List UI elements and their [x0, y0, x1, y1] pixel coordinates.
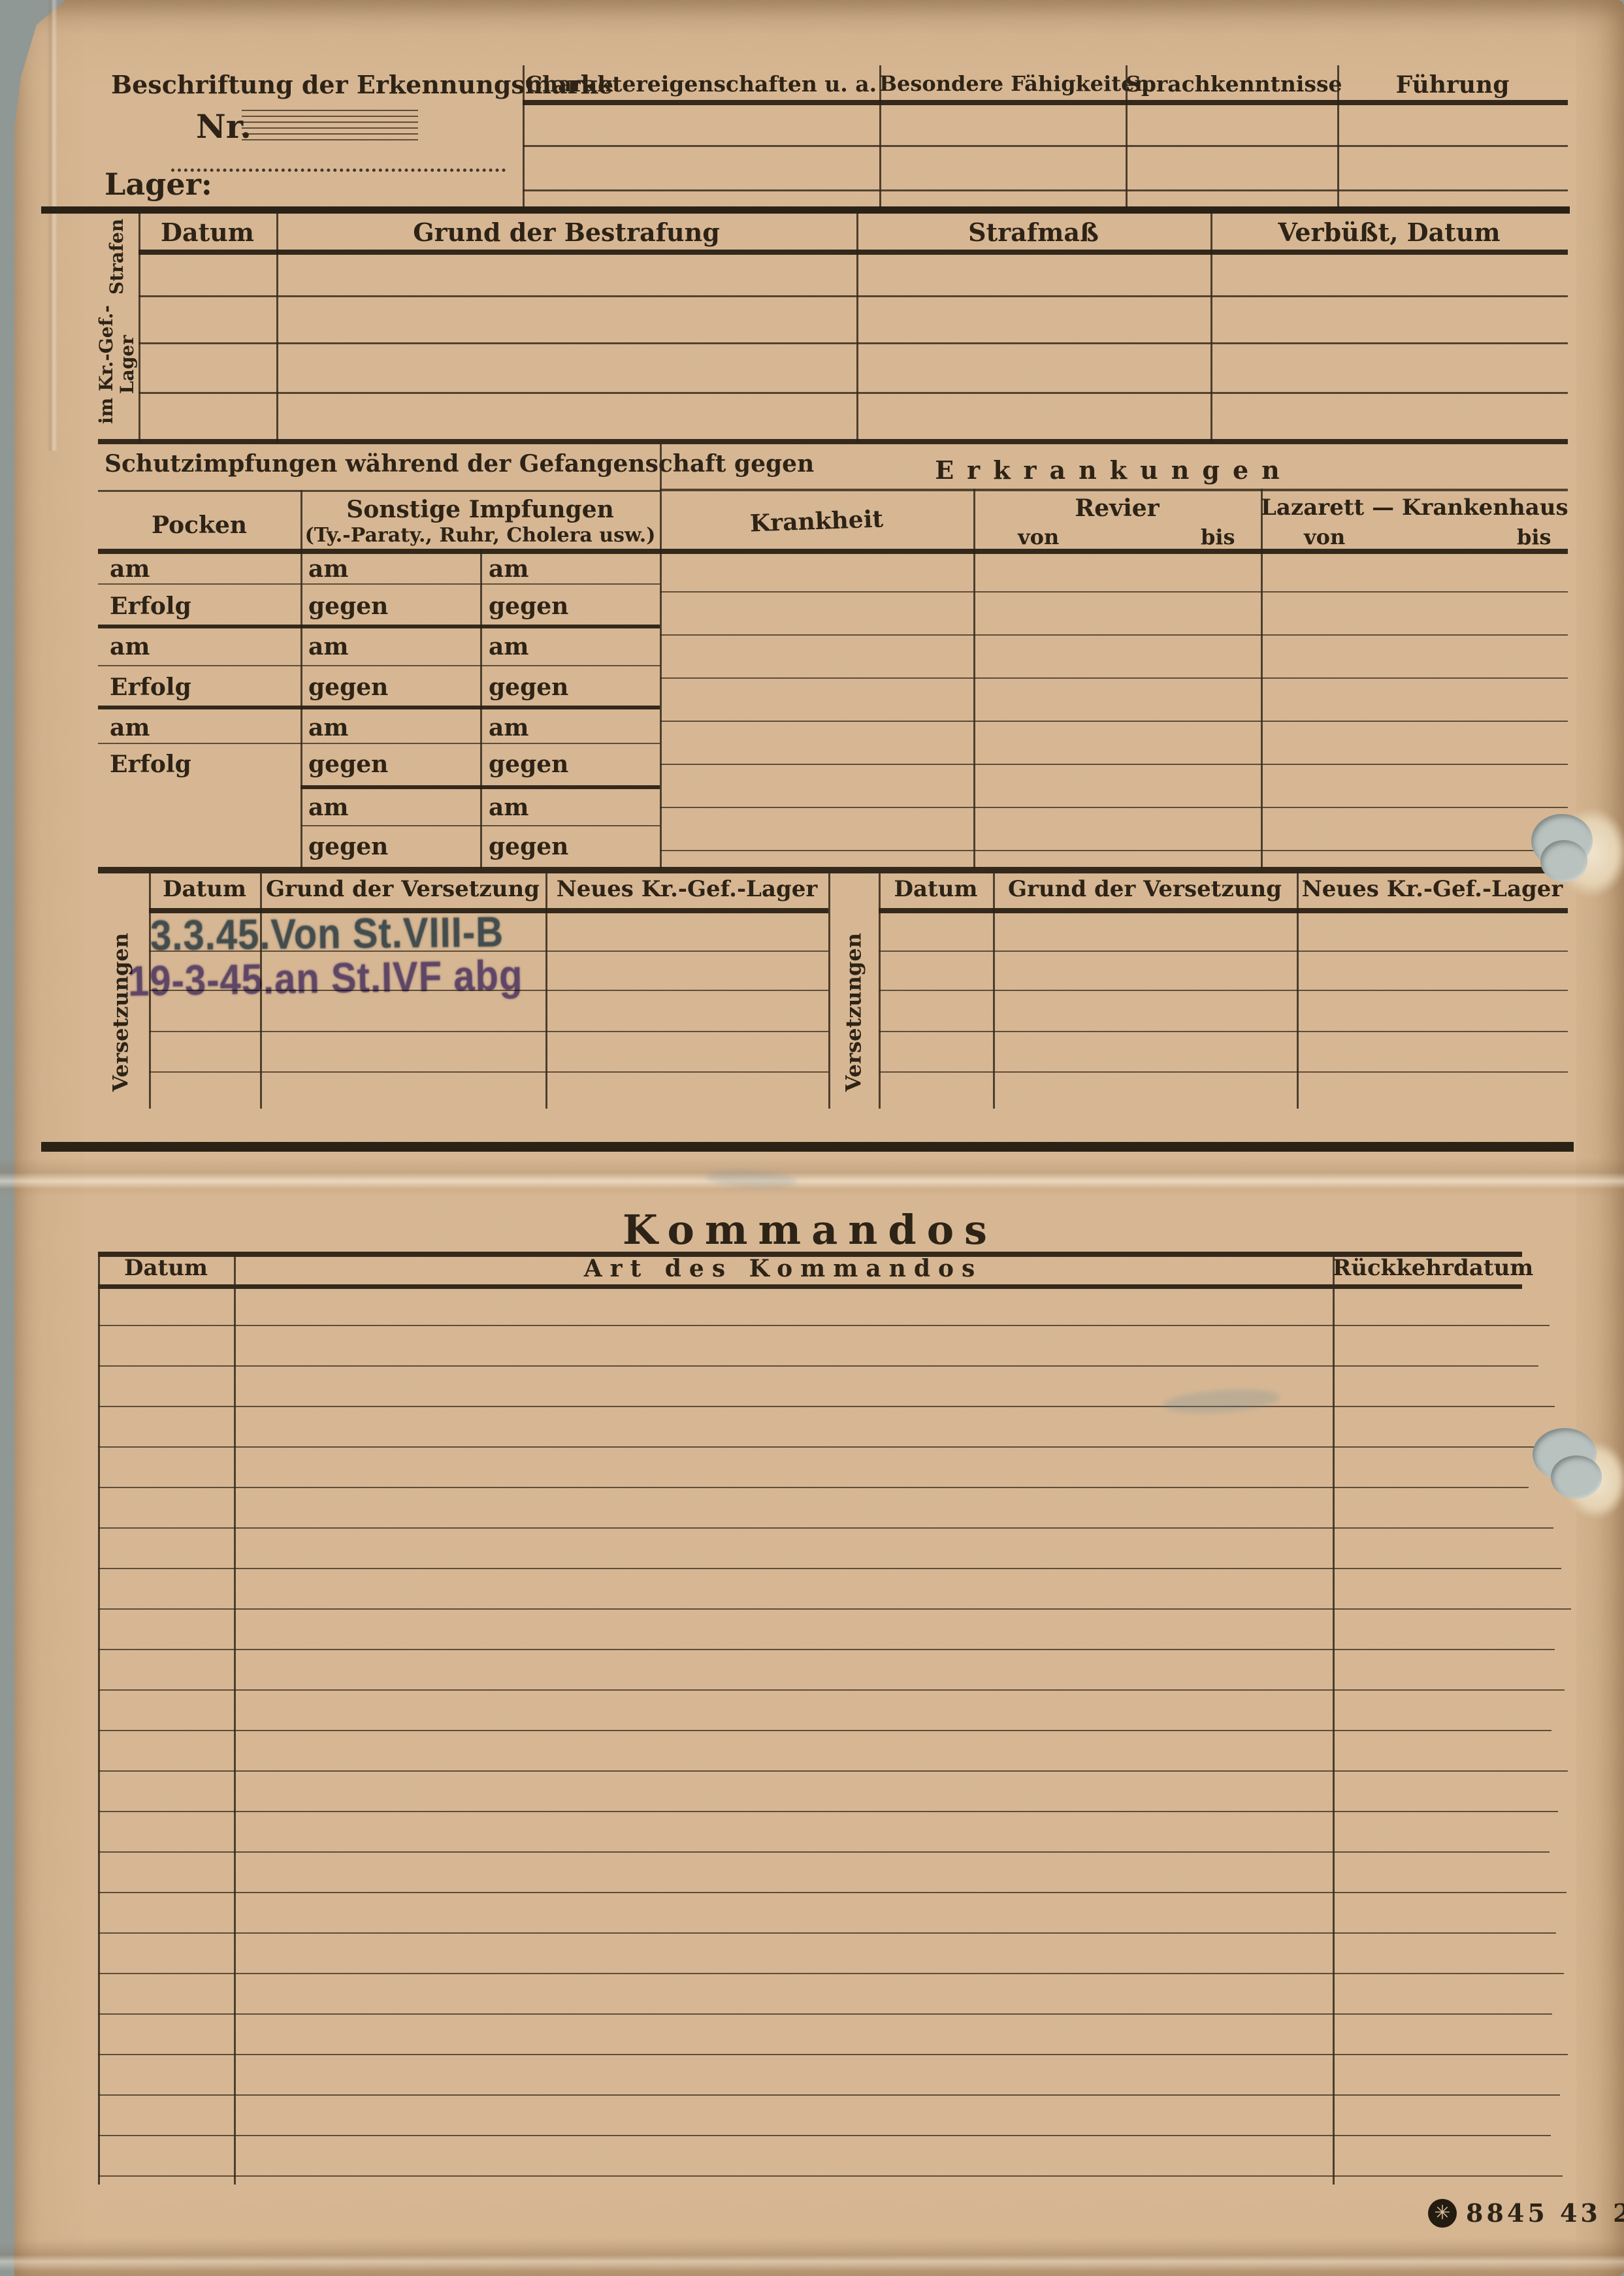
- section-rule: [98, 867, 1568, 873]
- vaccination-block-rule: [98, 625, 660, 628]
- vaccination-header-rule: [98, 549, 1568, 554]
- table-border: [138, 214, 140, 442]
- gegen-label: gegen: [308, 753, 388, 777]
- hole-opening: [1551, 1455, 1602, 1499]
- traits-row-rule: [523, 189, 1568, 191]
- illness-row-rule: [660, 721, 1568, 722]
- illness-row-rule: [660, 634, 1568, 636]
- transfer-stamp-line2: 19-3-45.an St.IVF abg: [127, 951, 523, 1006]
- transfers-col-grund: Grund der Versetzung: [260, 878, 545, 902]
- punishments-row-rule: [138, 392, 1568, 394]
- am-label: am: [489, 716, 528, 741]
- revier-bis-label: bis: [1201, 527, 1235, 549]
- am-label: am: [308, 796, 348, 821]
- punishments-side-label: im Kr.-Gef.-Lager Strafen: [95, 219, 138, 434]
- kommandos-row-rule: [98, 1527, 1553, 1529]
- transfers-row-rule: [879, 1071, 1568, 1073]
- kommandos-row-rule: [98, 1325, 1550, 1326]
- traits-col-header: Führung: [1337, 73, 1568, 98]
- hole-punch: [1527, 809, 1624, 900]
- punishments-col-verbuesst: Verbüßt, Datum: [1210, 219, 1568, 246]
- gegen-label: gegen: [308, 594, 388, 619]
- traits-row-rule: [523, 145, 1568, 147]
- gegen-label: gegen: [489, 753, 568, 777]
- table-border: [98, 1252, 100, 2185]
- traits-col-header: Charaktereigenschaften u. a.: [523, 73, 879, 96]
- nr-rule: [242, 110, 418, 111]
- am-label: am: [489, 635, 528, 660]
- column-divider: [276, 214, 278, 442]
- am-label: am: [110, 716, 150, 741]
- nr-rule: [242, 116, 418, 117]
- traits-col-header: Sprachkenntnisse: [1126, 73, 1337, 96]
- erfolg-label: Erfolg: [110, 675, 191, 700]
- transfers-col-datum: Datum: [879, 878, 993, 902]
- am-label: am: [110, 557, 150, 582]
- vaccination-row-rule: [300, 825, 660, 826]
- am-label: am: [308, 716, 348, 741]
- hole-opening: [1540, 840, 1587, 882]
- hole-punch: [1531, 1423, 1624, 1524]
- transfers-row-rule: [879, 990, 1568, 991]
- erfolg-label: Erfolg: [110, 594, 191, 619]
- subsection-rule: [660, 489, 1568, 491]
- punishments-row-rule: [138, 295, 1568, 297]
- punishments-header-rule: [138, 250, 1568, 255]
- transfers-side-label-right: Versetzungen: [831, 911, 877, 1114]
- traits-col-header: Besondere Fähigkeiten: [879, 73, 1126, 95]
- lazarett-von-label: von: [1304, 527, 1345, 549]
- traits-header-rule: [523, 100, 1568, 105]
- section-rule: [41, 206, 1570, 214]
- lager-fill-line: [171, 169, 506, 172]
- kommandos-row-rule: [98, 1649, 1555, 1650]
- kommandos-row-rule: [98, 2094, 1560, 2096]
- section-rule: [98, 439, 1568, 444]
- erfolg-label: Erfolg: [110, 753, 191, 777]
- kommandos-row-rule: [98, 1446, 1535, 1448]
- kommandos-row-rule: [98, 1568, 1561, 1569]
- kommandos-row-rule: [98, 1811, 1558, 1812]
- kommandos-row-rule: [98, 1892, 1567, 1893]
- paper-sheet: [14, 0, 1624, 2276]
- vaccinations-title: Schutzimpfungen während der Gefangenscha…: [105, 452, 660, 477]
- column-divider: [973, 489, 975, 869]
- kommandos-row-rule: [98, 1973, 1564, 1974]
- lazarett-header: Lazarett — Krankenhaus: [1261, 496, 1568, 520]
- kommandos-row-rule: [98, 1770, 1568, 1772]
- sonstige-header-line1: Sonstige Impfungen: [300, 498, 660, 523]
- nr-rule: [242, 139, 418, 140]
- gegen-label: gegen: [308, 835, 388, 860]
- transfers-col-grund: Grund der Versetzung: [993, 878, 1297, 902]
- vaccination-block-rule: [300, 785, 660, 789]
- card-bottom-rule: [41, 1142, 1574, 1152]
- kommandos-row-rule: [98, 2135, 1551, 2136]
- column-divider: [234, 1252, 236, 2185]
- transfers-row-rule: [879, 951, 1568, 952]
- nr-rule: [242, 122, 418, 123]
- print-code: 8845 43 2 D: [1466, 2200, 1624, 2226]
- eagle-roundel-icon: ✳: [1428, 2199, 1457, 2228]
- revier-von-label: von: [1018, 527, 1059, 549]
- kommandos-col-rueckkehr: Rückkehrdatum: [1333, 1257, 1522, 1280]
- pocken-header: Pocken: [98, 513, 300, 538]
- sonstige-header-line2: (Ty.-Paraty., Ruhr, Cholera usw.): [300, 525, 660, 546]
- vaccination-block-rule: [98, 706, 660, 709]
- gegen-label: gegen: [489, 594, 568, 619]
- kommandos-header-rule: [98, 1284, 1522, 1289]
- vaccination-row-rule: [98, 665, 660, 666]
- kommandos-title: Kommandos: [98, 1209, 1522, 1251]
- punishments-row-rule: [138, 342, 1568, 344]
- half-divider: [828, 873, 830, 1109]
- lager-label: Lager:: [105, 169, 212, 200]
- kommandos-row-rule: [98, 2013, 1552, 2015]
- am-label: am: [489, 557, 528, 582]
- am-label: am: [110, 635, 150, 660]
- gegen-label: gegen: [308, 675, 388, 700]
- revier-header: Revier: [973, 496, 1261, 521]
- kommandos-row-rule: [98, 1608, 1571, 1610]
- id-block-title: Beschriftung der Erkennungsmarke: [111, 72, 516, 98]
- punishments-col-strafmass: Strafmaß: [856, 219, 1210, 246]
- vaccination-row-rule: [98, 743, 660, 744]
- column-divider: [1261, 489, 1263, 869]
- gegen-label: gegen: [489, 675, 568, 700]
- transfers-row-rule: [879, 1031, 1568, 1032]
- illness-row-rule: [660, 677, 1568, 679]
- punishments-side-label-line1: Strafen: [106, 219, 127, 295]
- transfers-row-rule: [149, 1071, 828, 1073]
- transfers-col-datum: Datum: [149, 878, 260, 902]
- punishments-col-datum: Datum: [138, 219, 276, 246]
- kommandos-col-art: Art des Kommandos: [234, 1257, 1333, 1282]
- kommandos-row-rule: [98, 2054, 1568, 2055]
- transfers-header-rule: [879, 908, 1568, 913]
- kommandos-row-rule: [98, 2175, 1563, 2177]
- print-code-block: ✳ 8845 43 2 D: [1428, 2199, 1624, 2228]
- illness-row-rule: [660, 591, 1568, 593]
- half-divider: [660, 439, 662, 869]
- pow-card-back-scan: Beschriftung der Erkennungsmarke Nr. Lag…: [0, 0, 1624, 2276]
- punishments-side-label-line2: im Kr.-Gef.-Lager: [96, 295, 138, 434]
- transfers-side-label-text: Versetzungen: [842, 934, 866, 1092]
- lazarett-bis-label: bis: [1517, 527, 1551, 549]
- nr-rule: [242, 127, 418, 129]
- am-label: am: [308, 557, 348, 582]
- column-divider: [300, 490, 302, 869]
- kommandos-row-rule: [98, 1730, 1551, 1731]
- kommandos-row-rule: [98, 1487, 1529, 1488]
- illness-row-rule: [660, 764, 1568, 765]
- kommandos-row-rule: [98, 1851, 1550, 1853]
- kommandos-col-datum: Datum: [98, 1257, 234, 1280]
- nr-rule: [242, 133, 418, 135]
- column-divider: [1210, 214, 1212, 442]
- transfers-col-neues: Neues Kr.-Gef.-Lager: [545, 878, 828, 902]
- transfers-row-rule: [149, 1031, 828, 1032]
- subsection-rule: [98, 490, 660, 492]
- am-label: am: [308, 635, 348, 660]
- illness-row-rule: [660, 807, 1568, 808]
- kommandos-row-rule: [98, 1689, 1565, 1691]
- illnesses-title: Erkrankungen: [660, 457, 1568, 483]
- illness-row-rule: [660, 850, 1561, 851]
- column-divider: [1333, 1252, 1335, 2185]
- vaccination-row-rule: [98, 583, 660, 585]
- column-divider: [856, 214, 858, 442]
- am-label: am: [489, 796, 528, 821]
- gegen-label: gegen: [489, 835, 568, 860]
- punishments-col-grund: Grund der Bestrafung: [276, 219, 856, 246]
- kommandos-row-rule: [98, 1406, 1555, 1407]
- transfers-side-label-left: Versetzungen: [98, 911, 144, 1114]
- kommandos-row-rule: [98, 1932, 1556, 1934]
- kommandos-row-rule: [98, 1365, 1538, 1367]
